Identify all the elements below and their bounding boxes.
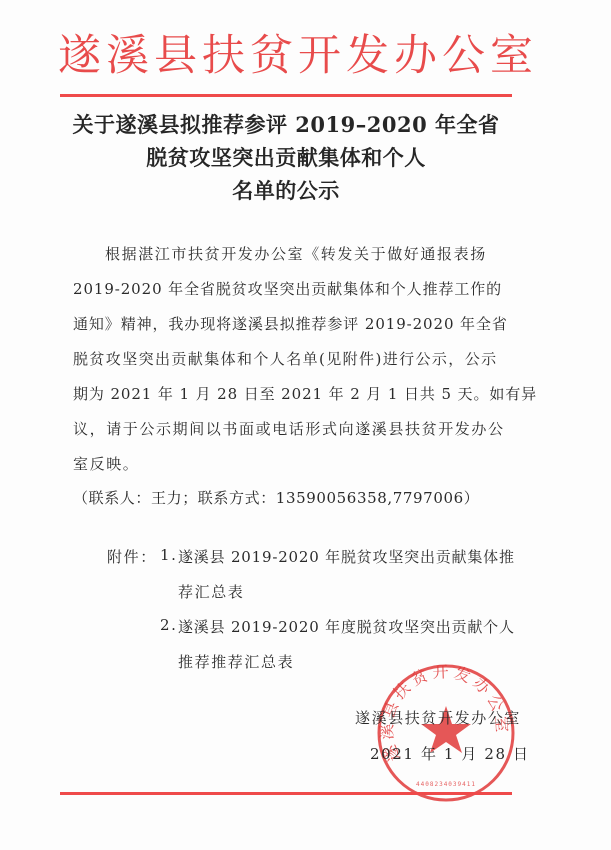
body-line-5: 期为 2021 年 1 月 28 日至 2021 年 2 月 1 日共 5 天。…	[73, 383, 537, 404]
attachments-label: 附件：	[107, 546, 157, 567]
contact-info: （联系人：王力；联系方式：13590056358,7797006）	[73, 487, 479, 508]
masthead-title: 遂溪县扶贫开发办公室	[58, 24, 514, 88]
document-title-line-1: 关于遂溪县拟推荐参评 2019–2020 年全省	[60, 108, 512, 141]
header-red-rule	[60, 94, 512, 97]
document-title-line-2: 脱贫攻坚突出贡献集体和个人	[60, 141, 512, 174]
body-line-3: 通知》精神，我办现将遂溪县拟推荐参评 2019-2020 年全省	[73, 313, 508, 334]
attachment-1-line-2: 荐汇总表	[178, 581, 244, 602]
signature-date: 2021 年 1 月 28 日	[370, 743, 530, 764]
attachment-1-line-1: 遂溪县 2019-2020 年脱贫攻坚突出贡献集体推	[178, 546, 515, 567]
svg-text:4408234039411: 4408234039411	[416, 781, 476, 788]
document-title-line-3: 名单的公示	[60, 174, 512, 207]
body-line-7: 室反映。	[73, 453, 139, 474]
footer-red-rule	[60, 792, 512, 795]
body-line-1: 根据湛江市扶贫开发办公室《转发关于做好通报表扬	[105, 243, 487, 264]
official-seal-icon: 遂溪县扶贫开发办公室 4408234039411	[375, 662, 517, 804]
body-line-6: 议，请于公示期间以书面或电话形式向遂溪县扶贫开发办公	[73, 418, 505, 439]
body-line-4: 脱贫攻坚突出贡献集体和个人名单(见附件)进行公示，公示	[73, 348, 498, 369]
attachment-1-number: 1.	[160, 546, 178, 564]
body-line-2: 2019-2020 年全省脱贫攻坚突出贡献集体和个人推荐工作的	[73, 278, 502, 299]
attachment-2-line-2: 推荐推荐汇总表	[178, 651, 294, 672]
attachment-2-number: 2.	[160, 616, 178, 634]
attachment-2-line-1: 遂溪县 2019-2020 年度脱贫攻坚突出贡献个人	[178, 616, 515, 637]
signature-org: 遂溪县扶贫开发办公室	[355, 707, 521, 728]
